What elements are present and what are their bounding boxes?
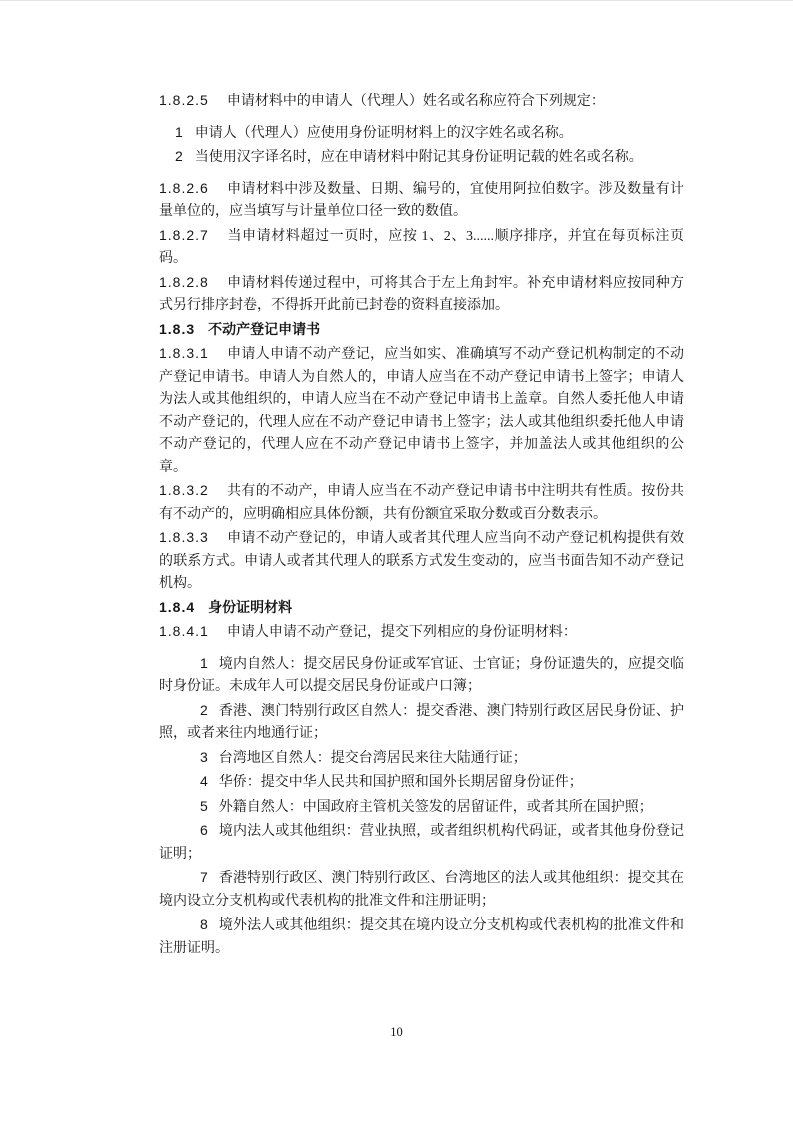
clause-1-8-2-8: 1.8.2.8申请材料传递过程中，可将其合于左上角封牢。补充申请材料应按同种方式… [159, 271, 684, 318]
list-item-text: 申请人（代理人）应使用身份证明材料上的汉字姓名或名称。 [195, 126, 573, 141]
clause-text: 申请不动产登记的，申请人或者其代理人应当向不动产登记机构提供有效的联系方式。申请… [159, 531, 684, 591]
section-title: 身份证明材料 [208, 601, 292, 616]
clause-1-8-3-3: 1.8.3.3申请不动产登记的，申请人或者其代理人应当向不动产登记机构提供有效的… [159, 526, 684, 596]
clause-text: 申请人申请不动产登记，提交下列相应的身份证明材料： [227, 625, 577, 640]
clause-text: 申请材料传递过程中，可将其合于左上角封牢。补充申请材料应按同种方式另行排序封卷，… [159, 276, 684, 314]
list-item: 5外籍自然人：中国政府主管机关签发的居留证件，或者其所在国护照； [159, 795, 684, 820]
section-number: 1.8.3 [159, 321, 195, 337]
clause-text: 申请人申请不动产登记，应当如实、准确填写不动产登记机构制定的不动产登记申请书。申… [159, 347, 684, 475]
list-item-text: 境内法人或其他组织：营业执照，或者组织机构代码证，或者其他身份登记证明； [159, 824, 684, 862]
section-title: 不动产登记申请书 [208, 323, 320, 338]
list-item-text: 香港特别行政区、澳门特别行政区、台湾地区的法人或其他组织：提交其在境内设立分支机… [159, 871, 684, 909]
clause-1-8-2-6: 1.8.2.6申请材料中涉及数量、日期、编号的，宜使用阿拉伯数字。涉及数量有计量… [159, 177, 684, 224]
list-item-number: 6 [200, 822, 209, 838]
list-item-text: 境内自然人：提交居民身份证或军官证、士官证；身份证遗失的，应提交临时身份证。未成… [159, 657, 684, 695]
list-item: 7香港特别行政区、澳门特别行政区、台湾地区的法人或其他组织：提交其在境内设立分支… [159, 866, 684, 913]
list-item-text: 台湾地区自然人：提交台湾居民来往大陆通行证； [219, 751, 527, 766]
clause-1-8-2-5: 1.8.2.5申请材料中的申请人（代理人）姓名或名称应符合下列规定： [159, 89, 684, 114]
clause-1-8-3-1: 1.8.3.1申请人申请不动产登记，应当如实、准确填写不动产登记机构制定的不动产… [159, 342, 684, 479]
clause-text: 申请材料中涉及数量、日期、编号的，宜使用阿拉伯数字。涉及数量有计量单位的，应当填… [159, 182, 684, 220]
list-item: 2香港、澳门特别行政区自然人：提交香港、澳门特别行政区居民身份证、护照，或者来往… [159, 699, 684, 746]
document-content: 1.8.2.5申请材料中的申请人（代理人）姓名或名称应符合下列规定： 1申请人（… [159, 89, 684, 960]
clause-text: 共有的不动产，申请人应当在不动产登记申请书中注明共有性质。按份共有不动产的，应明… [159, 484, 684, 522]
clause-number: 1.8.2.6 [159, 180, 209, 196]
page-number: 10 [0, 1025, 793, 1040]
list-item: 1境内自然人：提交居民身份证或军官证、士官证；身份证遗失的，应提交临时身份证。未… [159, 652, 684, 699]
list-item-number: 1 [175, 124, 184, 140]
clause-number: 1.8.3.3 [159, 529, 209, 545]
list-item: 8境外法人或其他组织：提交其在境内设立分支机构或代表机构的批准文件和注册证明。 [159, 913, 684, 960]
clause-text: 当申请材料超过一页时，应按 1、2、3......顺序排序，并宜在每页标注页码。 [159, 229, 684, 267]
clause-text: 申请材料中的申请人（代理人）姓名或名称应符合下列规定： [227, 94, 605, 109]
clause-number: 1.8.2.8 [159, 274, 209, 290]
list-item-text: 境外法人或其他组织：提交其在境内设立分支机构或代表机构的批准文件和注册证明。 [159, 918, 684, 956]
clause-number: 1.8.3.2 [159, 482, 209, 498]
list-item-text: 华侨：提交中华人民共和国护照和国外长期居留身份证件； [219, 775, 583, 790]
clause-number: 1.8.3.1 [159, 345, 209, 361]
numbered-list-1-8-2-5: 1申请人（代理人）应使用身份证明材料上的汉字姓名或名称。 2当使用汉字译名时，应… [159, 121, 684, 170]
numbered-list-1-8-4-1: 1境内自然人：提交居民身份证或军官证、士官证；身份证遗失的，应提交临时身份证。未… [159, 652, 684, 961]
list-item-number: 3 [200, 749, 209, 765]
list-item-number: 7 [200, 869, 209, 885]
clause-1-8-2-7: 1.8.2.7当申请材料超过一页时，应按 1、2、3......顺序排序，并宜在… [159, 224, 684, 271]
list-item-text: 外籍自然人：中国政府主管机关签发的居留证件，或者其所在国护照； [219, 800, 653, 815]
list-item-number: 4 [200, 773, 209, 789]
clause-1-8-3-2: 1.8.3.2共有的不动产，申请人应当在不动产登记申请书中注明共有性质。按份共有… [159, 479, 684, 526]
document-page: 1.8.2.5申请材料中的申请人（代理人）姓名或名称应符合下列规定： 1申请人（… [0, 0, 793, 1122]
clause-1-8-4-1: 1.8.4.1申请人申请不动产登记，提交下列相应的身份证明材料： [159, 620, 684, 645]
list-item-number: 2 [175, 148, 184, 164]
list-item-number: 8 [200, 916, 209, 932]
list-item: 2当使用汉字译名时，应在申请材料中附记其身份证明记载的姓名或名称。 [159, 145, 684, 170]
list-item-number: 1 [200, 655, 209, 671]
section-heading-1-8-3: 1.8.3不动产登记申请书 [159, 318, 684, 343]
list-item: 3台湾地区自然人：提交台湾居民来往大陆通行证； [159, 746, 684, 771]
clause-number: 1.8.2.7 [159, 227, 209, 243]
list-item: 1申请人（代理人）应使用身份证明材料上的汉字姓名或名称。 [159, 121, 684, 146]
list-item-text: 香港、澳门特别行政区自然人：提交香港、澳门特别行政区居民身份证、护照，或者来往内… [159, 704, 684, 742]
clause-number: 1.8.2.5 [159, 92, 209, 108]
clause-number: 1.8.4.1 [159, 623, 209, 639]
list-item-number: 2 [200, 702, 209, 718]
list-item-number: 5 [200, 798, 209, 814]
list-item-text: 当使用汉字译名时，应在申请材料中附记其身份证明记载的姓名或名称。 [195, 150, 643, 165]
list-item: 6境内法人或其他组织：营业执照，或者组织机构代码证，或者其他身份登记证明； [159, 819, 684, 866]
section-heading-1-8-4: 1.8.4身份证明材料 [159, 596, 684, 621]
list-item: 4华侨：提交中华人民共和国护照和国外长期居留身份证件； [159, 770, 684, 795]
section-number: 1.8.4 [159, 599, 195, 615]
